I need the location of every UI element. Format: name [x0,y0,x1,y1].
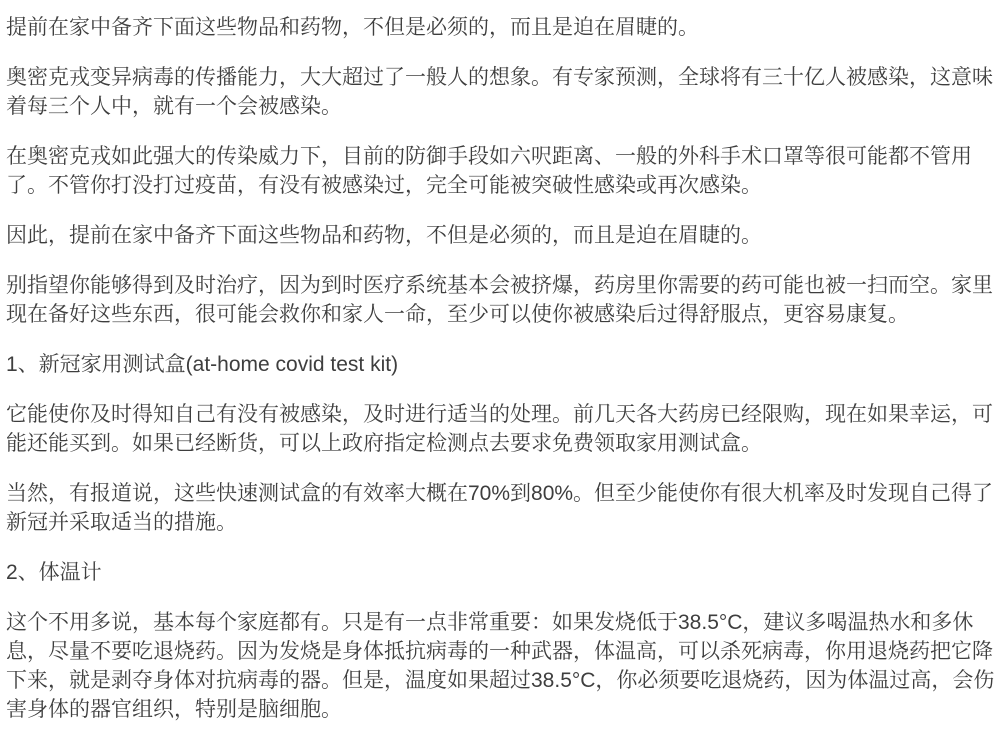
text-line: 现在备好这些东西，很可能会救你和家人一命，至少可以使你被感染后过得舒服点，更容易… [6,300,995,329]
text-line: 下来，就是剥夺身体对抗病毒的器。但是，温度如果超过38.5°C，你必须要吃退烧药… [6,666,995,695]
text-line: 能还能买到。如果已经断货，可以上政府指定检测点去要求免费领取家用测试盒。 [6,429,995,458]
text-line: 着每三个人中，就有一个会被感染。 [6,92,995,121]
text-line: 别指望你能够得到及时治疗，因为到时医疗系统基本会被挤爆，药房里你需要的药可能也被… [6,271,995,300]
paragraph-omicron-spread: 奥密克戎变异病毒的传播能力，大大超过了一般人的想象。有专家预测，全球将有三十亿人… [6,63,995,121]
paragraph-medical-system: 别指望你能够得到及时治疗，因为到时医疗系统基本会被挤爆，药房里你需要的药可能也被… [6,271,995,329]
paragraph-test-kit-info: 它能使你及时得知自己有没有被感染，及时进行适当的处理。前几天各大药房已经限购，现… [6,400,995,458]
text-line: 奥密克戎变异病毒的传播能力，大大超过了一般人的想象。有专家预测，全球将有三十亿人… [6,63,995,92]
text-line: 提前在家中备齐下面这些物品和药物，不但是必须的，而且是迫在眉睫的。 [6,13,995,42]
text-line: 因此，提前在家中备齐下面这些物品和药物，不但是必须的，而且是迫在眉睫的。 [6,221,995,250]
text-line: 息，尽量不要吃退烧药。因为发烧是身体抵抗病毒的一种武器，体温高，可以杀死病毒，你… [6,637,995,666]
text-line: 新冠并采取适当的措施。 [6,508,995,537]
text-line: 害身体的器官组织，特别是脑细胞。 [6,695,995,724]
text-line: 它能使你及时得知自己有没有被感染，及时进行适当的处理。前几天各大药房已经限购，现… [6,400,995,429]
text-line: 当然，有报道说，这些快速测试盒的有效率大概在70%到80%。但至少能使你有很大机… [6,479,995,508]
text-line: 这个不用多说，基本每个家庭都有。只是有一点非常重要：如果发烧低于38.5°C，建… [6,608,995,637]
section-heading-test-kit: 1、新冠家用测试盒(at-home covid test kit) [6,350,995,379]
heading-line: 2、体温计 [6,558,995,587]
paragraph-thermometer-info: 这个不用多说，基本每个家庭都有。只是有一点非常重要：如果发烧低于38.5°C，建… [6,608,995,724]
text-line: 了。不管你打没打过疫苗，有没有被感染过，完全可能被突破性感染或再次感染。 [6,171,995,200]
paragraph-intro: 提前在家中备齐下面这些物品和药物，不但是必须的，而且是迫在眉睫的。 [6,13,995,42]
heading-line: 1、新冠家用测试盒(at-home covid test kit) [6,350,995,379]
text-line: 在奥密克戎如此强大的传染威力下，目前的防御手段如六呎距离、一般的外科手术口罩等很… [6,142,995,171]
article-body: 提前在家中备齐下面这些物品和药物，不但是必须的，而且是迫在眉睫的。 奥密克戎变异… [0,0,1000,724]
section-heading-thermometer: 2、体温计 [6,558,995,587]
paragraph-test-kit-accuracy: 当然，有报道说，这些快速测试盒的有效率大概在70%到80%。但至少能使你有很大机… [6,479,995,537]
paragraph-defense-measures: 在奥密克戎如此强大的传染威力下，目前的防御手段如六呎距离、一般的外科手术口罩等很… [6,142,995,200]
paragraph-therefore: 因此，提前在家中备齐下面这些物品和药物，不但是必须的，而且是迫在眉睫的。 [6,221,995,250]
